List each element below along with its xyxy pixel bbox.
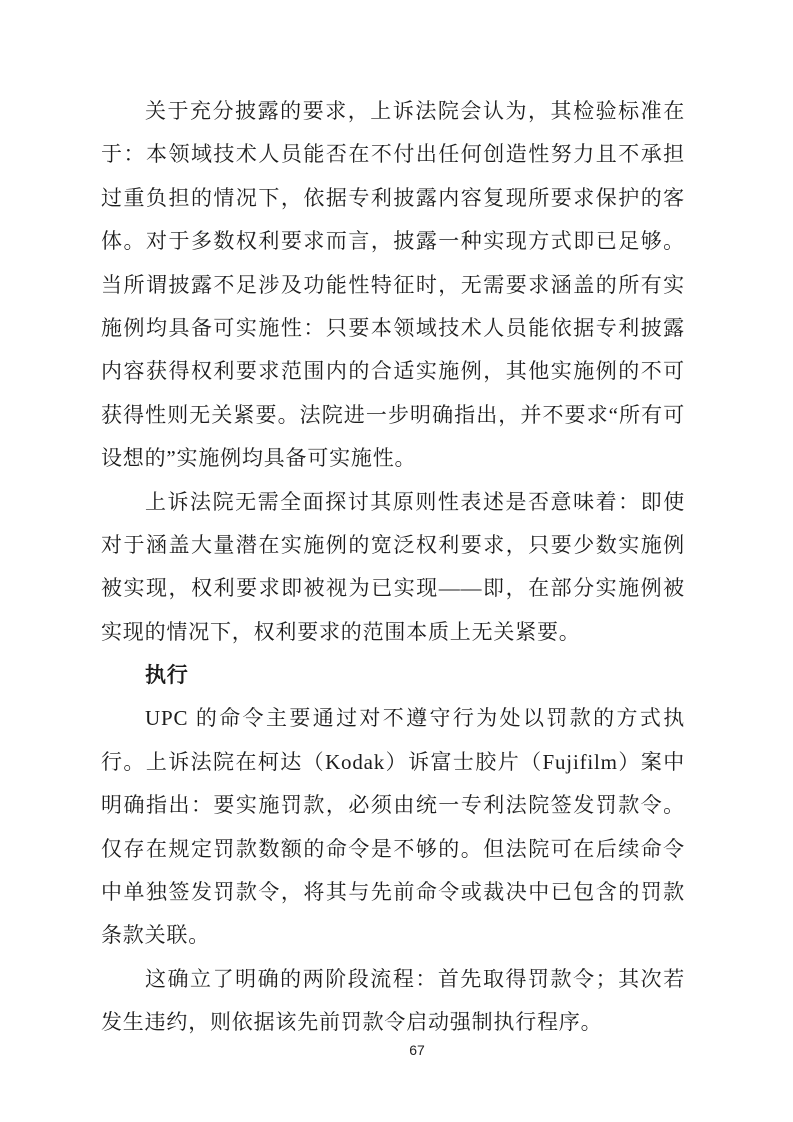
paragraph-1-line-8: 获得性则无关紧要。法院进一步明确指出，并不要求“所有可 [101, 394, 685, 437]
page-number: 67 [400, 1042, 434, 1058]
paragraph-3-line-6: 条款关联。 [101, 914, 685, 957]
paragraph-2-line-2: 对于涵盖大量潜在实施例的宽泛权利要求，只要少数实施例 [101, 524, 685, 567]
paragraph-1-line-1: 关于充分披露的要求，上诉法院会认为，其检验标准在 [101, 90, 685, 133]
text-block: 关于充分披露的要求，上诉法院会认为，其检验标准在 于：本领域技术人员能否在不付出… [101, 90, 685, 1045]
paragraph-3-line-3: 明确指出：要实施罚款，必须由统一专利法院签发罚款令。 [101, 784, 685, 827]
paragraph-1-line-7: 内容获得权利要求范围内的合适实施例，其他实施例的不可 [101, 350, 685, 393]
paragraph-3-line-5: 中单独签发罚款令，将其与先前命令或裁决中已包含的罚款 [101, 871, 685, 914]
paragraph-4: 这确立了明确的两阶段流程：首先取得罚款令；其次若 发生违约，则依据该先前罚款令启… [101, 958, 685, 1045]
paragraph-3: UPC 的命令主要通过对不遵守行为处以罚款的方式执 行。上诉法院在柯达（Koda… [101, 697, 685, 957]
paragraph-2-line-3: 被实现，权利要求即被视为已实现——即，在部分实施例被 [101, 567, 685, 610]
paragraph-2: 上诉法院无需全面探讨其原则性表述是否意味着：即使 对于涵盖大量潜在实施例的宽泛权… [101, 481, 685, 655]
paragraph-1-line-5: 当所谓披露不足涉及功能性特征时，无需要求涵盖的所有实 [101, 264, 685, 307]
paragraph-1-line-6: 施例均具备可实施性：只要本领域技术人员能依据专利披露 [101, 307, 685, 350]
paragraph-1-line-9: 设想的”实施例均具备可实施性。 [101, 437, 685, 480]
paragraph-4-line-1: 这确立了明确的两阶段流程：首先取得罚款令；其次若 [101, 958, 685, 1001]
section-heading: 执行 [101, 654, 685, 697]
paragraph-4-line-2: 发生违约，则依据该先前罚款令启动强制执行程序。 [101, 1001, 685, 1044]
paragraph-3-line-4: 仅存在规定罚款数额的命令是不够的。但法院可在后续命令 [101, 828, 685, 871]
paragraph-1-line-4: 体。对于多数权利要求而言，披露一种实现方式即已足够。 [101, 220, 685, 263]
paragraph-1-line-2: 于：本领域技术人员能否在不付出任何创造性努力且不承担 [101, 133, 685, 176]
paragraph-1-line-3: 过重负担的情况下，依据专利披露内容复现所要求保护的客 [101, 177, 685, 220]
document-page: 关于充分披露的要求，上诉法院会认为，其检验标准在 于：本领域技术人员能否在不付出… [0, 0, 793, 1122]
paragraph-3-line-1: UPC 的命令主要通过对不遵守行为处以罚款的方式执 [101, 697, 685, 740]
paragraph-2-line-4: 实现的情况下，权利要求的范围本质上无关紧要。 [101, 611, 685, 654]
paragraph-1: 关于充分披露的要求，上诉法院会认为，其检验标准在 于：本领域技术人员能否在不付出… [101, 90, 685, 481]
paragraph-2-line-1: 上诉法院无需全面探讨其原则性表述是否意味着：即使 [101, 481, 685, 524]
paragraph-3-line-2: 行。上诉法院在柯达（Kodak）诉富士胶片（Fujifilm）案中 [101, 741, 685, 784]
